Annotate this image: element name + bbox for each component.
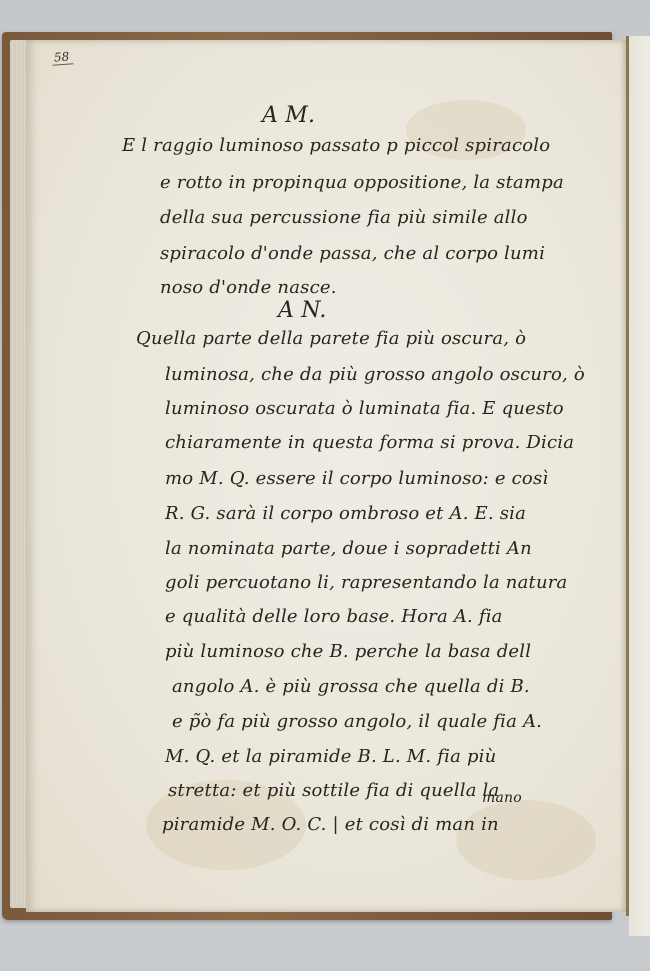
text-line: e p̃ò fa più grosso angolo, il quale fia… [172, 711, 542, 732]
section-heading: A M. [262, 103, 315, 128]
text-line: angolo A. è più grossa che quella di B. [172, 676, 530, 697]
text-line: noso d'onde nasce. [160, 277, 337, 298]
text-line: chiaramente in questa forma si prova. Di… [165, 432, 574, 453]
text-line: spiracolo d'onde passa, che al corpo lum… [160, 243, 545, 264]
text-line: della sua percussione fia più simile all… [160, 207, 528, 228]
text-line: R. G. sarà il corpo ombroso et A. E. sia [165, 503, 526, 524]
text-line: luminoso oscurata ò luminata fia. E ques… [165, 398, 564, 419]
text-line: M. Q. et la piramide B. L. M. fia più [165, 746, 496, 767]
section-heading: A N. [278, 298, 327, 323]
facing-page-edge [629, 36, 650, 936]
text-line: e rotto in propinqua oppositione, la sta… [160, 172, 564, 193]
text-line: Quella parte della parete fia più oscura… [136, 328, 526, 349]
text-line: e qualità delle loro base. Hora A. fia [165, 606, 503, 627]
text-line: E l raggio luminoso passato p piccol spi… [122, 135, 550, 156]
text-line: luminosa, che da più grosso angolo oscur… [165, 364, 585, 385]
text-line: più luminoso che B. perche la basa dell [165, 641, 531, 662]
foxing-stain [456, 800, 596, 880]
catchword: mano [482, 790, 522, 806]
text-line: mo M. Q. essere il corpo luminoso: e cos… [165, 468, 548, 489]
text-line: la nominata parte, doue i sopradetti An [165, 538, 532, 559]
page-fold [626, 36, 629, 916]
text-line: goli percuotano li, rapresentando la nat… [165, 572, 568, 593]
text-line: stretta: et più sottile fia di quella la [168, 780, 499, 801]
text-line: piramide M. O. C. | et così di man in [162, 814, 499, 835]
folio-number: 58 [52, 49, 74, 65]
